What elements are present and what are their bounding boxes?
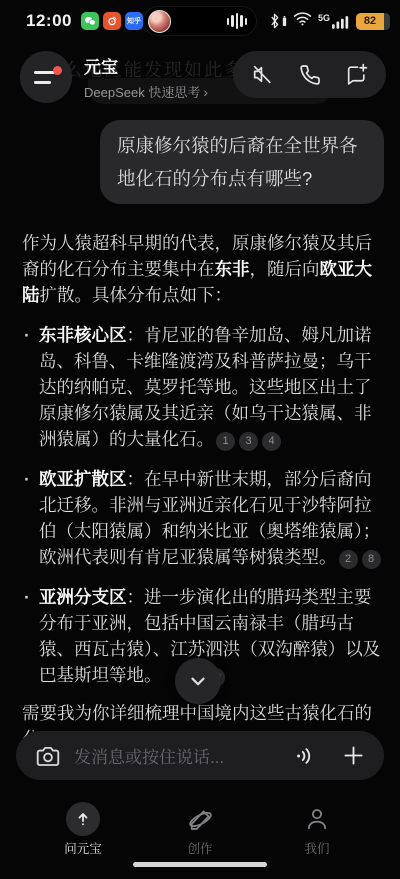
assistant-intro-paragraph: 作为人猿超科早期的代表，原康修尔猿及其后裔的化石分布主要集中在东非，随后向欧亚大… <box>22 230 386 308</box>
notification-icons: 知乎 <box>81 12 143 30</box>
scroll-to-bottom-button[interactable] <box>175 658 221 704</box>
person-icon <box>304 802 330 836</box>
weibo-icon <box>103 12 121 30</box>
assistant-bullet-list: 东非核心区：肯尼亚的鲁辛加岛、姆凡加诺岛、科鲁、卡维隆渡湾及科普萨拉曼；乌干达的… <box>22 322 386 688</box>
bullet-eurasia: 欧亚扩散区：在早中新世末期，部分后裔向北迁移。非洲与亚洲近亲化石见于沙特阿拉伯（… <box>22 466 386 570</box>
creation-pen-icon <box>187 802 214 836</box>
citation-badge[interactable]: 2 <box>339 550 358 569</box>
add-attachment-button[interactable] <box>342 744 365 767</box>
status-indicators: 5G 82 <box>269 11 388 31</box>
chevron-right-icon: › <box>203 84 208 100</box>
home-indicator[interactable] <box>133 862 267 867</box>
zhihu-icon: 知乎 <box>125 12 143 30</box>
message-input-bar: 发消息或按住说话... <box>16 731 384 780</box>
wechat-icon <box>81 12 99 30</box>
new-chat-button[interactable] <box>344 62 369 87</box>
voice-call-button[interactable] <box>298 63 322 87</box>
tab-ask-yuanbao[interactable]: 问元宝 <box>40 794 126 860</box>
status-time: 12:00 <box>26 11 72 31</box>
notch-avatar <box>148 10 171 33</box>
header-actions <box>233 51 386 98</box>
message-input[interactable]: 发消息或按住说话... <box>74 743 294 768</box>
citation-badge[interactable]: 1 <box>216 432 235 451</box>
page-title: 元宝 <box>84 53 208 78</box>
notification-badge <box>53 66 62 75</box>
model-selector[interactable]: DeepSeek 快速思考 › <box>84 82 208 101</box>
chat-area: 原康修尔猿的后裔在全世界各地化石的分布点有哪些? 作为人猿超科早期的代表，原康修… <box>0 112 400 738</box>
app-header: 么地区能发现如此多 元宝 DeepSeek 快速思考 › <box>0 42 400 112</box>
bottom-nav: 问元宝 创作 我们 <box>0 794 400 860</box>
phone-screen: 12:00 知乎 <box>0 0 400 879</box>
battery-percent: 82 <box>356 15 384 27</box>
audio-waveform-icon <box>227 13 248 29</box>
citation-badge[interactable]: 8 <box>362 550 381 569</box>
citation-badge[interactable]: 4 <box>262 432 281 451</box>
new-chat-icon <box>344 62 369 87</box>
bluetooth-icon <box>269 13 287 29</box>
tab-us[interactable]: 我们 <box>274 794 360 860</box>
camera-notch-pill <box>143 6 257 36</box>
chevron-down-icon <box>187 670 209 692</box>
muted-speaker-icon <box>250 62 275 87</box>
sound-wave-icon <box>294 745 316 767</box>
citation-badge[interactable]: 3 <box>239 432 258 451</box>
tab-create[interactable]: 创作 <box>157 794 243 860</box>
bullet-east-africa: 东非核心区：肯尼亚的鲁辛加岛、姆凡加诺岛、科鲁、卡维隆渡湾及科普萨拉曼；乌干达的… <box>22 322 386 452</box>
camera-icon <box>35 743 61 769</box>
phone-icon <box>298 63 322 87</box>
arrow-up-icon <box>66 802 100 836</box>
voice-input-button[interactable] <box>294 745 316 767</box>
wifi-icon <box>293 11 312 31</box>
cellular-signal-icon: 5G <box>318 14 350 29</box>
battery-indicator: 82 <box>356 13 388 30</box>
camera-button[interactable] <box>35 743 61 769</box>
menu-button[interactable] <box>20 51 72 103</box>
user-message-bubble: 原康修尔猿的后裔在全世界各地化石的分布点有哪些? <box>100 120 384 204</box>
status-bar: 12:00 知乎 <box>0 0 400 42</box>
plus-icon <box>342 744 365 767</box>
mute-button[interactable] <box>250 62 275 87</box>
